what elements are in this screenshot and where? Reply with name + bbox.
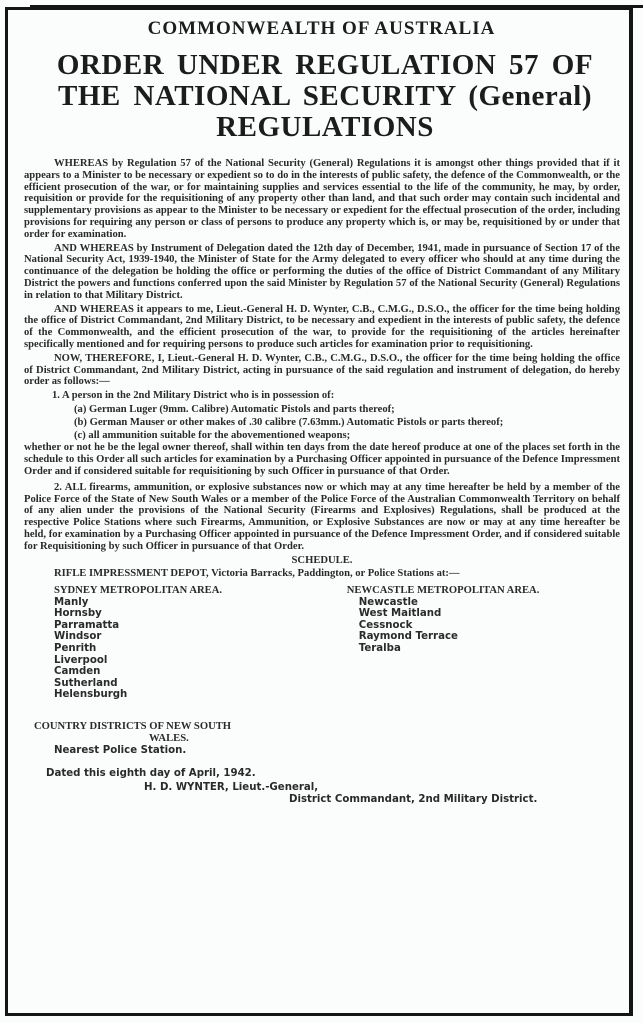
place-item: Raymond Terrace bbox=[359, 631, 620, 643]
place-item: Parramatta bbox=[54, 620, 347, 632]
place-item: Cessnock bbox=[359, 620, 620, 632]
order-item-1a: (a) German Luger (9mm. Calibre) Automati… bbox=[74, 404, 620, 416]
place-item: Penrith bbox=[54, 643, 347, 655]
order-item-1c: (c) all ammunition suitable for the abov… bbox=[74, 430, 620, 442]
order-item-1-tail: whether or not he be the legal owner the… bbox=[24, 442, 620, 477]
newcastle-places-list: NewcastleWest MaitlandCessnockRaymond Te… bbox=[347, 597, 620, 655]
whereas-paragraph-3: AND WHEREAS it appears to me, Lieut.-Gen… bbox=[24, 304, 620, 351]
place-item: Manly bbox=[54, 597, 347, 609]
schedule-title: SCHEDULE. bbox=[24, 555, 620, 567]
whereas-paragraph-1: WHEREAS by Regulation 57 of the National… bbox=[24, 158, 620, 241]
country-title-line1: COUNTRY DISTRICTS OF NEW SOUTH bbox=[34, 721, 334, 733]
place-item: Sutherland bbox=[54, 678, 347, 690]
now-therefore-paragraph: NOW, THEREFORE, I, Lieut.-General H. D. … bbox=[24, 353, 620, 388]
schedule-depot-line: RIFLE IMPRESSMENT DEPOT, Victoria Barrac… bbox=[24, 568, 620, 580]
country-title-line2: WALES. bbox=[34, 733, 334, 745]
notice-title: ORDER UNDER REGULATION 57 OF THE NATIONA… bbox=[20, 50, 630, 143]
schedule-areas: SYDNEY METROPOLITAN AREA. ManlyHornsbyPa… bbox=[24, 585, 620, 701]
sydney-places-list: ManlyHornsbyParramattaWindsorPenrithLive… bbox=[54, 597, 347, 701]
signatory-name: H. D. WYNTER, Lieut.-General, bbox=[24, 782, 620, 794]
country-note: Nearest Police Station. bbox=[34, 745, 334, 757]
place-item: Helensburgh bbox=[54, 689, 347, 701]
order-item-1b: (b) German Mauser or other makes of .30 … bbox=[74, 417, 620, 429]
place-item: Liverpool bbox=[54, 655, 347, 667]
place-item: West Maitland bbox=[359, 608, 620, 620]
order-item-1: 1. A person in the 2nd Military District… bbox=[52, 390, 620, 402]
place-item: Newcastle bbox=[359, 597, 620, 609]
signatory-position: District Commandant, 2nd Military Distri… bbox=[24, 794, 620, 806]
whereas-paragraph-2: AND WHEREAS by Instrument of Delegation … bbox=[24, 243, 620, 302]
kicker-heading: COMMONWEALTH OF AUSTRALIA bbox=[0, 18, 643, 40]
sydney-area: SYDNEY METROPOLITAN AREA. ManlyHornsbyPa… bbox=[24, 585, 347, 701]
dated-line: Dated this eighth day of April, 1942. bbox=[24, 768, 620, 780]
place-item: Camden bbox=[54, 666, 347, 678]
newcastle-area: NEWCASTLE METROPOLITAN AREA. NewcastleWe… bbox=[347, 585, 620, 701]
newcastle-area-title: NEWCASTLE METROPOLITAN AREA. bbox=[347, 585, 620, 597]
order-item-2: 2. ALL firearms, ammunition, or explosiv… bbox=[24, 482, 620, 553]
place-item: Windsor bbox=[54, 631, 347, 643]
place-item: Teralba bbox=[359, 643, 620, 655]
country-districts: COUNTRY DISTRICTS OF NEW SOUTH WALES. Ne… bbox=[24, 721, 334, 756]
place-item: Hornsby bbox=[54, 608, 347, 620]
sydney-area-title: SYDNEY METROPOLITAN AREA. bbox=[54, 585, 347, 597]
notice-body: WHEREAS by Regulation 57 of the National… bbox=[24, 158, 620, 806]
